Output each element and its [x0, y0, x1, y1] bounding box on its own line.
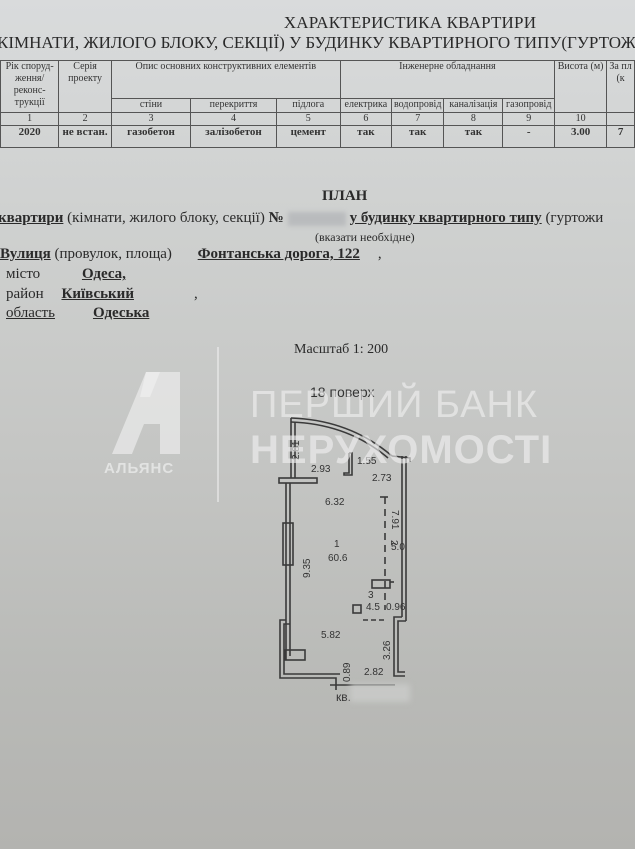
redacted-apartment-number: [350, 684, 410, 702]
dim-0-89: 0.89: [342, 662, 353, 682]
dim-2-82: 2.82: [364, 667, 384, 678]
fixture: [372, 580, 390, 588]
apartment-label: кв.: [336, 690, 351, 704]
room2-area: 5.0: [391, 542, 405, 553]
fixture-small: [353, 605, 361, 613]
dim-2-73: 2.73: [372, 473, 392, 484]
window: [283, 523, 293, 565]
area-6-32: 6.32: [325, 497, 345, 508]
alliance-logo-icon: [112, 372, 180, 454]
dim-9-35: 9.35: [302, 558, 313, 578]
watermark-line2: НЕРУХОМОСТІ: [250, 428, 552, 473]
watermark-brand: АЛЬЯНС: [104, 460, 174, 477]
watermark-line1: ПЕРШИЙ БАНК: [250, 384, 538, 427]
dim-3-26: 3.26: [382, 640, 393, 660]
room1-area: 60.6: [328, 553, 348, 564]
watermark-divider: [217, 347, 219, 502]
dim-7-91: 7.91: [389, 510, 400, 530]
room1-number: 1: [334, 539, 340, 550]
dim-0-96: 0.96: [386, 602, 406, 613]
room3-number: 3: [368, 590, 374, 601]
area-5-82: 5.82: [321, 630, 341, 641]
room3-area: 4.5: [366, 602, 380, 613]
